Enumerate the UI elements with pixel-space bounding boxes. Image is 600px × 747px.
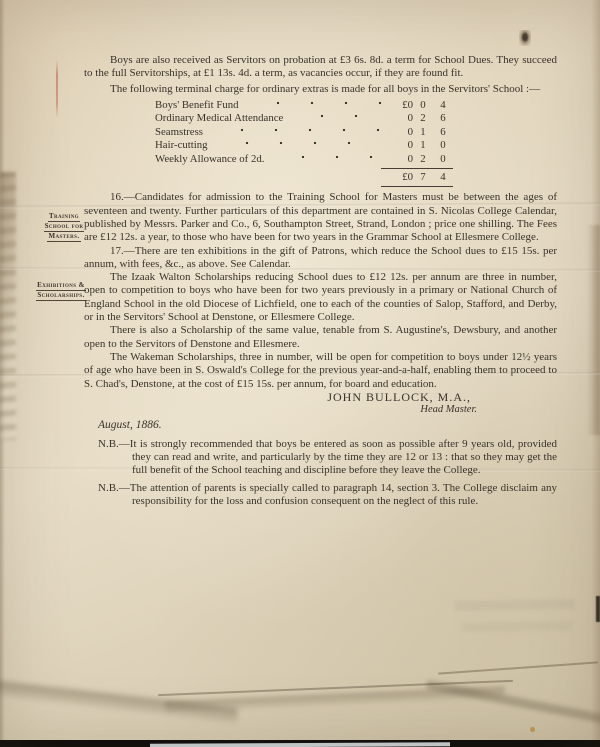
show-through-smudge xyxy=(455,599,575,611)
margin-note-line: Exhibitions & xyxy=(36,281,86,291)
red-fiber-line xyxy=(56,60,58,118)
bottom-dark-edge xyxy=(0,740,600,747)
paragraph-servitors-probation: Boys are also received as Servitors on p… xyxy=(84,54,557,81)
margin-note-line: Training xyxy=(48,212,80,222)
charge-row: Weekly Allowance of 2d.020 xyxy=(155,152,453,166)
charge-row: Ordinary Medical Attendance026 xyxy=(155,111,453,125)
pinhole-mark xyxy=(519,30,531,46)
charge-pounds: 0 xyxy=(387,153,413,166)
margin-note-line: Scholarships. xyxy=(36,291,85,301)
charge-shillings: 2 xyxy=(413,112,433,125)
total-pounds: £0 xyxy=(387,171,413,184)
bottom-fold-line xyxy=(438,661,598,674)
total-shillings: 7 xyxy=(413,171,433,184)
charge-row: Hair-cutting010 xyxy=(155,138,453,152)
charge-label: Ordinary Medical Attendance xyxy=(155,112,283,125)
charge-label: Hair-cutting xyxy=(155,139,208,152)
date-line: August, 1886. xyxy=(98,418,557,432)
paragraph-izaak-walton: The Izaak Walton Scholarships reducing S… xyxy=(84,271,557,324)
charge-row: Boys' Benefit Fund£004 xyxy=(155,98,453,112)
dot-leader xyxy=(289,111,381,121)
charge-pounds: 0 xyxy=(387,139,413,152)
charges-total-row: £074 xyxy=(155,168,453,187)
charge-pence: 4 xyxy=(433,99,453,112)
charge-row: Seamstress016 xyxy=(155,125,453,139)
right-edge-dark-sliver xyxy=(596,596,600,622)
text-column: Boys are also received as Servitors on p… xyxy=(84,54,557,508)
show-through-smudge xyxy=(462,621,572,632)
charge-shillings: 0 xyxy=(413,99,433,112)
charges-total-amounts: £074 xyxy=(381,168,453,187)
bottom-fold-shadow xyxy=(426,680,600,729)
right-edge-shadow xyxy=(591,0,600,747)
charge-pence: 0 xyxy=(433,153,453,166)
paragraph-17: 17.—There are ten exhibitions in the gif… xyxy=(84,245,557,272)
signature-name: JOHN BULLOCK, M.A., xyxy=(84,391,557,404)
document-page: Training School for Masters. Exhibitions… xyxy=(0,0,600,747)
charge-pence: 6 xyxy=(433,126,453,139)
charge-label: Seamstress xyxy=(155,126,203,139)
bottom-surface-sliver xyxy=(150,742,450,747)
charge-label: Boys' Benefit Fund xyxy=(155,99,239,112)
charge-shillings: 2 xyxy=(413,153,433,166)
bottom-fold-shadow xyxy=(0,680,238,723)
bottom-fold-line xyxy=(158,680,513,696)
dot-leader xyxy=(270,152,381,162)
paragraph-charges-intro: The following terminal charge for ordina… xyxy=(84,83,557,96)
right-edge-curl-shadow xyxy=(587,225,600,435)
paragraph-wakeman: The Wakeman Scholarships, three in numbe… xyxy=(84,351,557,391)
nota-bene-2: N.B.—The attention of parents is special… xyxy=(98,482,557,509)
bottom-fold-shadow xyxy=(165,687,505,713)
margin-note-line: Masters. xyxy=(47,232,80,242)
signature-title: Head Master. xyxy=(84,404,557,416)
nota-bene-1: N.B.—It is strongly recommended that boy… xyxy=(98,438,557,478)
paragraph-augustine-scholarship: There is also a Scholarship of the same … xyxy=(84,324,557,351)
margin-note-line: School for xyxy=(44,222,85,232)
dot-leader xyxy=(209,125,381,135)
charge-pence: 0 xyxy=(433,139,453,152)
charge-shillings: 1 xyxy=(413,126,433,139)
dot-leader xyxy=(245,98,381,108)
charge-label: Weekly Allowance of 2d. xyxy=(155,153,264,166)
dot-leader xyxy=(214,138,381,148)
paragraph-16: 16.—Candidates for admission to the Trai… xyxy=(84,191,557,244)
charge-pounds: 0 xyxy=(387,112,413,125)
charge-shillings: 1 xyxy=(413,139,433,152)
left-edge-crumple xyxy=(0,172,16,440)
charges-table: Boys' Benefit Fund£004 Ordinary Medical … xyxy=(84,98,557,188)
total-pence: 4 xyxy=(433,171,453,184)
charge-pounds: £0 xyxy=(387,99,413,112)
charge-pence: 6 xyxy=(433,112,453,125)
left-edge-shadow xyxy=(0,0,5,747)
paper-speck xyxy=(530,727,535,732)
charge-pounds: 0 xyxy=(387,126,413,139)
